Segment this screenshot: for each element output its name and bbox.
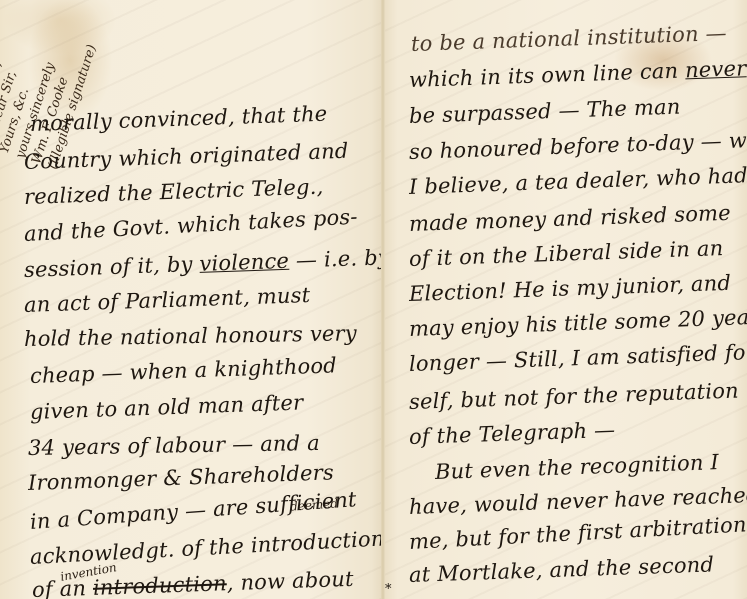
line-text: of an [32,576,94,599]
letter-line: me, but for the first arbitration [408,512,747,554]
letter-line: But even the recognition I [435,450,720,484]
letter-line: may enjoy his title some 20 years [409,304,747,341]
letter-line: of the Telegraph — [409,418,616,449]
underlined-word: violence [199,249,289,276]
letter-line: I believe, a tea dealer, who had [409,163,747,199]
letter-line: longer — Still, I am satisfied for my [409,339,747,376]
underlined-word: never [685,56,747,82]
left-page: I believe me, my dear Sir, Yours, &c. yo… [0,0,383,599]
letter-line: made money and risked some [409,201,732,236]
letter-line: hold the national honours very [24,321,357,351]
letter-line: so honoured before to-day — was, as [409,126,747,164]
letter-line: to be a national institution — [411,21,728,56]
letter-line: in a Company — are sufficient [29,487,357,534]
letter-line: acknowledgt. of the introduction [29,526,383,569]
letter-line: realized the Electric Teleg., [24,175,324,209]
footnote-mark: * [385,582,392,597]
letter-line: session of it, by violence — i.e. by [24,245,383,282]
letter-spread: I believe me, my dear Sir, Yours, &c. yo… [0,0,747,599]
right-page: to be a national institution — which in … [383,0,747,599]
letter-line: Ironmonger & Shareholders [28,460,335,495]
line-text: session of it, by [24,252,200,282]
letter-line: have, would never have reached [409,483,747,519]
line-text: , now about [226,567,354,595]
letter-line: and the Govt. which takes pos- [23,205,358,246]
letter-line: an act of Parliament, must [24,283,311,317]
letter-line: be surpassed — The man [409,95,681,128]
page-fold [381,0,385,599]
line-text: which in its own line can [409,58,686,92]
letter-line: at Mortlake, and the second [409,552,715,587]
letter-line: which in its own line can never [409,56,747,92]
letter-line: self, but not for the reputation [409,378,740,414]
line-text: — i.e. by [289,245,383,273]
letter-line: Election! He is my junior, and [409,271,732,306]
letter-line: of it on the Liberal side in an [409,236,724,271]
letter-line: cheap — when a knighthood [30,353,338,388]
letter-line: Country which originated and [24,139,349,174]
letter-line: 34 years of labour — and a [28,431,320,460]
letter-line: given to an old man after [30,390,304,424]
struck-out-word: introduction [93,571,228,599]
